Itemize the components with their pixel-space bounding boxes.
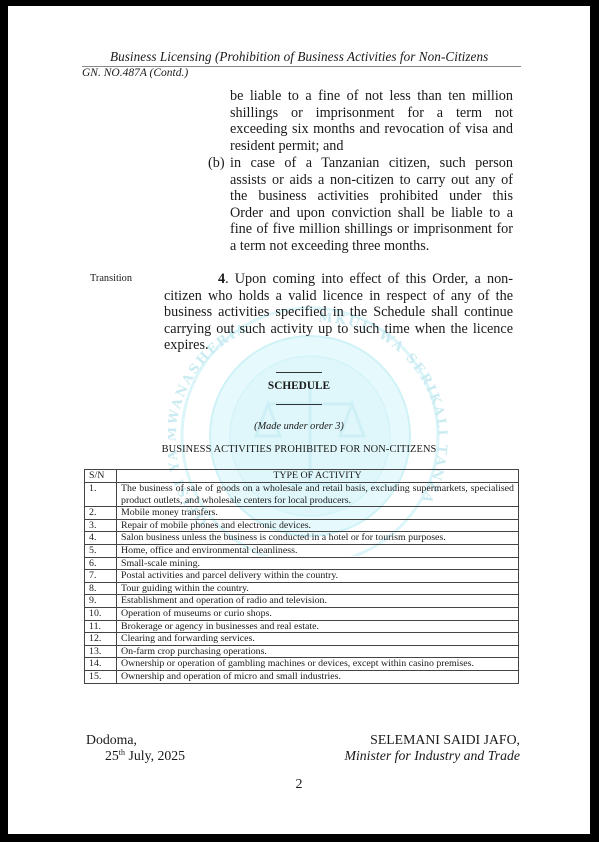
row-activity: Home, office and environmental cleanline… [117,544,519,557]
table-row: 10.Operation of museums or curio shops. [85,607,519,620]
text-line: exceeding six months and revocation of v… [230,121,513,138]
row-activity: Repair of mobile phones and electronic d… [117,519,519,532]
row-sn: 12. [85,633,117,646]
table-row: 9.Establishment and operation of radio a… [85,595,519,608]
table-row: 14.Ownership or operation of gambling ma… [85,658,519,671]
row-sn: 9. [85,595,117,608]
document-page: OFISI YA MWANASHERIA MKUU WA SERIKALI TA… [8,6,590,834]
table-row: 13.On-farm crop purchasing operations. [85,645,519,658]
signer-name: SELEMANI SAIDI JAFO, [370,732,520,748]
table-row: 11.Brokerage or agency in businesses and… [85,620,519,633]
row-activity: The business of sale of goods on a whole… [117,483,519,507]
table-body: 1.The business of sale of goods on a who… [85,483,519,684]
row-activity: Ownership or operation of gambling machi… [117,658,519,671]
signer-title: Minister for Industry and Trade [344,748,520,764]
text-line: assists or aids a non-citizen to carry o… [230,172,513,189]
table-row: 7.Postal activities and parcel delivery … [85,570,519,583]
text-line: business activities specified in the Sch… [164,304,513,321]
schedule-title: SCHEDULE [8,380,590,392]
prohibited-activities-table: S/N TYPE OF ACTIVITY 1.The business of s… [84,469,519,684]
row-sn: 10. [85,607,117,620]
table-row: 5.Home, office and environmental cleanli… [85,544,519,557]
row-activity: Salon business unless the business is co… [117,532,519,545]
clause-b: in case of a Tanzanian citizen, such per… [230,155,513,255]
row-sn: 13. [85,645,117,658]
schedule-authority: (Made under order 3) [8,421,590,432]
schedule-rule-top [276,372,322,373]
row-sn: 4. [85,532,117,545]
table-row: 4.Salon business unless the business is … [85,532,519,545]
table-row: 8.Tour guiding within the country. [85,582,519,595]
row-activity: Tour guiding within the country. [117,582,519,595]
row-activity: Mobile money transfers. [117,507,519,520]
clause-b-label: (b) [208,155,225,172]
row-sn: 3. [85,519,117,532]
text-line: Order and upon conviction shall be liabl… [230,205,513,222]
text-line: a term not exceeding three months. [230,238,513,255]
row-sn: 2. [85,507,117,520]
row-activity: Brokerage or agency in businesses and re… [117,620,519,633]
text-line: carrying out such activity up to such ti… [164,321,513,338]
signing-place: Dodoma, [86,732,137,748]
column-header-sn: S/N [85,470,117,483]
text-line: . Upon coming into effect of this Order,… [225,271,513,287]
date-rest: July, 2025 [125,748,185,763]
table-row: 3.Repair of mobile phones and electronic… [85,519,519,532]
schedule-rule-bottom [276,404,322,405]
signing-date: 25th July, 2025 [105,748,185,764]
table-title: BUSINESS ACTIVITIES PROHIBITED FOR NON-C… [8,444,590,455]
row-sn: 7. [85,570,117,583]
row-activity: On-farm crop purchasing operations. [117,645,519,658]
text-line: the business activities prohibited under… [230,188,513,205]
text-line: expires. [164,337,513,354]
text-line: fine of five million shillings or impris… [230,221,513,238]
row-activity: Postal activities and parcel delivery wi… [117,570,519,583]
table-row: 6.Small-scale mining. [85,557,519,570]
row-sn: 11. [85,620,117,633]
row-sn: 8. [85,582,117,595]
column-header-activity: TYPE OF ACTIVITY [117,470,519,483]
text-line: in case of a Tanzanian citizen, such per… [230,155,513,172]
row-sn: 14. [85,658,117,671]
row-activity: Operation of museums or curio shops. [117,607,519,620]
table-row: 12.Clearing and forwarding services. [85,633,519,646]
table-row: 1.The business of sale of goods on a who… [85,483,519,507]
row-sn: 6. [85,557,117,570]
table-header-row: S/N TYPE OF ACTIVITY [85,470,519,483]
row-sn: 1. [85,483,117,507]
margin-note: Transition [90,273,132,284]
running-title: Business Licensing (Prohibition of Busin… [110,49,488,65]
row-activity: Ownership and operation of micro and sma… [117,670,519,683]
section-4: 4. Upon coming into effect of this Order… [164,271,513,354]
row-activity: Establishment and operation of radio and… [117,595,519,608]
row-sn: 15. [85,670,117,683]
row-activity: Small-scale mining. [117,557,519,570]
date-day: 25 [105,748,119,763]
table-row: 2.Mobile money transfers. [85,507,519,520]
page-number: 2 [8,777,590,793]
section-4-first-line: 4. Upon coming into effect of this Order… [164,271,513,288]
text-line: shillings or imprisonment for a term not [230,105,513,122]
text-line: be liable to a fine of not less than ten… [230,88,513,105]
gn-reference: GN. NO.487A (Contd.) [82,67,188,79]
row-sn: 5. [85,544,117,557]
text-line: citizen who holds a valid licence in res… [164,288,513,305]
clause-a-continued: be liable to a fine of not less than ten… [230,88,513,154]
table-row: 15.Ownership and operation of micro and … [85,670,519,683]
text-line: resident permit; and [230,138,513,155]
row-activity: Clearing and forwarding services. [117,633,519,646]
